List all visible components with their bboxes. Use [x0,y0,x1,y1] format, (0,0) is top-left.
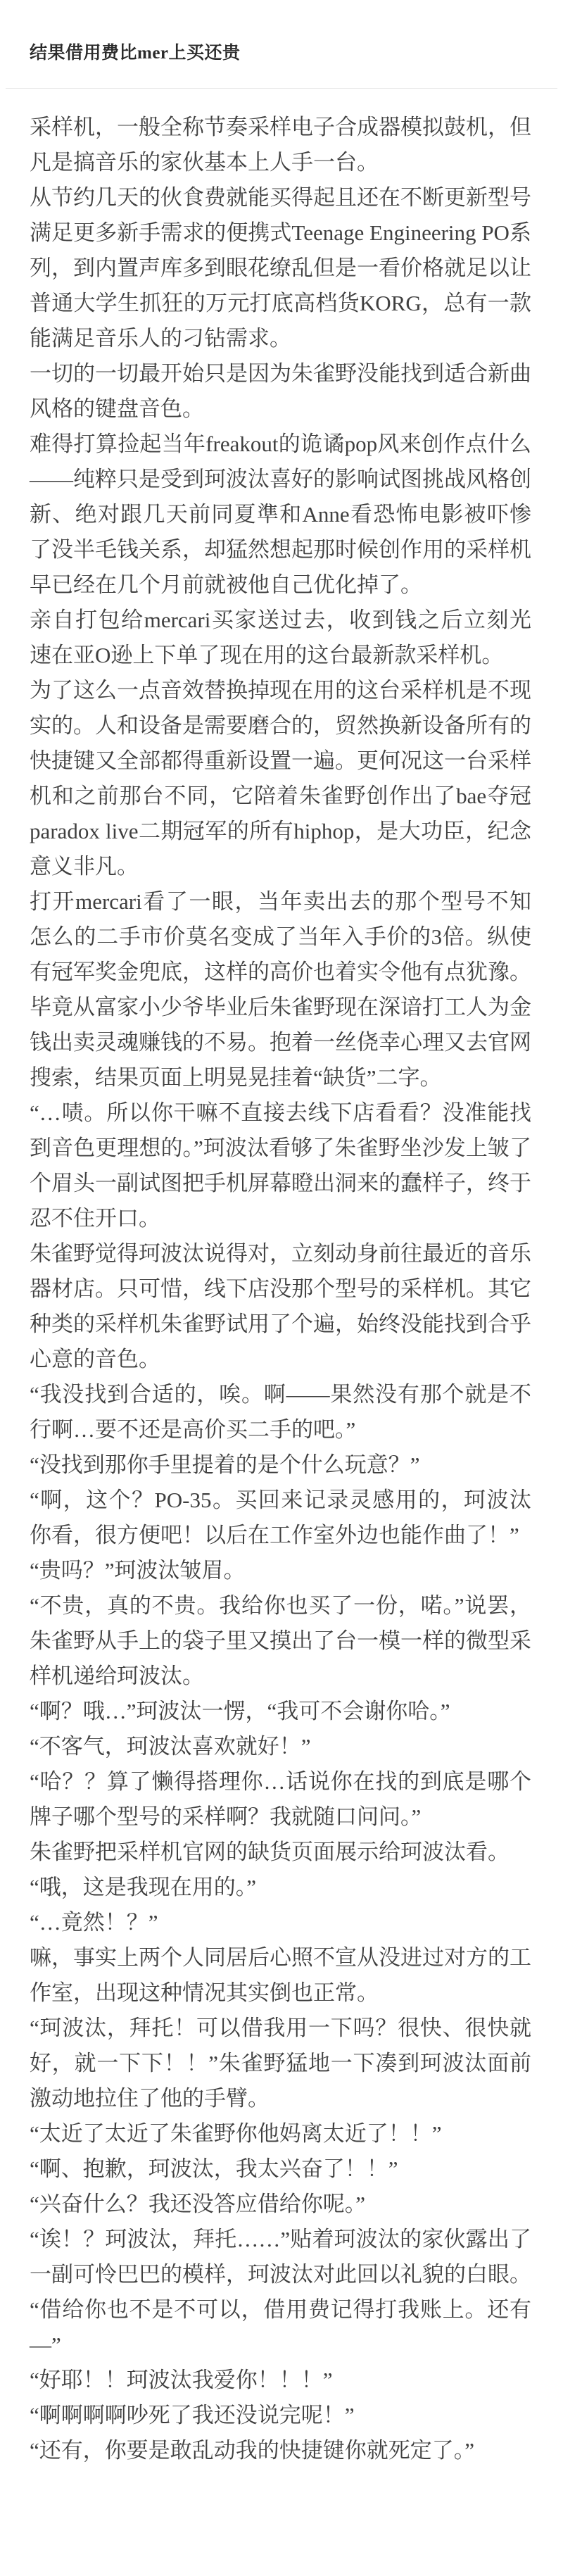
paragraph: 亲自打包给mercari买家送过去，收到钱之后立刻光速在亚O逊上下单了现在用的这… [30,603,531,673]
paragraph: “贵吗？”珂波汰皱眉。 [30,1553,531,1588]
paragraph: “啊？哦…”珂波汰一愣，“我可不会谢你哈。” [30,1694,531,1729]
paragraph: “啊、抱歉，珂波汰，我太兴奋了！！” [30,2151,531,2187]
paragraph: 嘛，事实上两个人同居后心照不宣从没进过对方的工作室，出现这种情况其实倒也正常。 [30,1940,531,2011]
paragraph: “太近了太近了朱雀野你他妈离太近了！！” [30,2116,531,2151]
paragraph: “兴奋什么？我还没答应借给你呢。” [30,2187,531,2222]
paragraph: “我没找到合适的，唉。啊——果然没有那个就是不行啊…要不还是高价买二手的吧。” [30,1377,531,1447]
post-title: 结果借用费比mer上买还贵 [0,0,563,67]
paragraph: “哈？？算了懒得搭理你…话说你在找的到底是哪个牌子哪个型号的采样啊？我就随口问问… [30,1764,531,1835]
paragraph: 采样机，一般全称节奏采样电子合成器模拟鼓机，但凡是搞音乐的家伙基本上人手一台。 [30,110,531,180]
paragraph: “诶！？珂波汰，拜托……”贴着珂波汰的家伙露出了一副可怜巴巴的模样，珂波汰对此回… [30,2222,531,2292]
paragraph: 为了这么一点音效替换掉现在用的这台采样机是不现实的。人和设备是需要磨合的，贸然换… [30,673,531,884]
paragraph: “不贵，真的不贵。我给你也买了一份，喏。”说罢，朱雀野从手上的袋子里又摸出了台一… [30,1588,531,1694]
paragraph: “没找到那你手里提着的是个什么玩意？” [30,1447,531,1483]
paragraph: 难得打算捡起当年freakout的诡谲pop风来创作点什么——纯粹只是受到珂波汰… [30,427,531,603]
paragraph: “啊，这个？PO-35。买回来记录灵感用的，珂波汰你看，很方便吧！以后在工作室外… [30,1483,531,1553]
paragraph: “啊啊啊啊吵死了我还没说完呢！” [30,2398,531,2433]
paragraph: “…竟然！？” [30,1905,531,1940]
paragraph: “借给你也不是不可以，借用费记得打我账上。还有—” [30,2292,531,2363]
post-body: 采样机，一般全称节奏采样电子合成器模拟鼓机，但凡是搞音乐的家伙基本上人手一台。从… [0,89,563,2468]
paragraph: 一切的一切最开始只是因为朱雀野没能找到适合新曲风格的键盘音色。 [30,356,531,427]
paragraph: “还有，你要是敢乱动我的快捷键你就死定了。” [30,2433,531,2468]
paragraph: 从节约几天的伙食费就能买得起且还在不断更新型号满足更多新手需求的便携式Teena… [30,180,531,356]
paragraph: 朱雀野觉得珂波汰说得对，立刻动身前往最近的音乐器材店。只可惜，线下店没那个型号的… [30,1236,531,1377]
paragraph: “不客气，珂波汰喜欢就好！” [30,1729,531,1764]
paragraph: “好耶！！珂波汰我爱你！！！” [30,2363,531,2398]
article-page: 结果借用费比mer上买还贵 采样机，一般全称节奏采样电子合成器模拟鼓机，但凡是搞… [0,0,563,2576]
paragraph: “珂波汰，拜托！可以借我用一下吗？很快、很快就好，就一下下！！”朱雀野猛地一下凑… [30,2011,531,2116]
paragraph: 朱雀野把采样机官网的缺货页面展示给珂波汰看。 [30,1835,531,1870]
paragraph: “…啧。所以你干嘛不直接去线下店看看？没准能找到音色更理想的。”珂波汰看够了朱雀… [30,1095,531,1236]
paragraph: 打开mercari看了一眼，当年卖出去的那个型号不知怎么的二手市价莫名变成了当年… [30,884,531,1095]
paragraph: “哦，这是我现在用的。” [30,1870,531,1905]
